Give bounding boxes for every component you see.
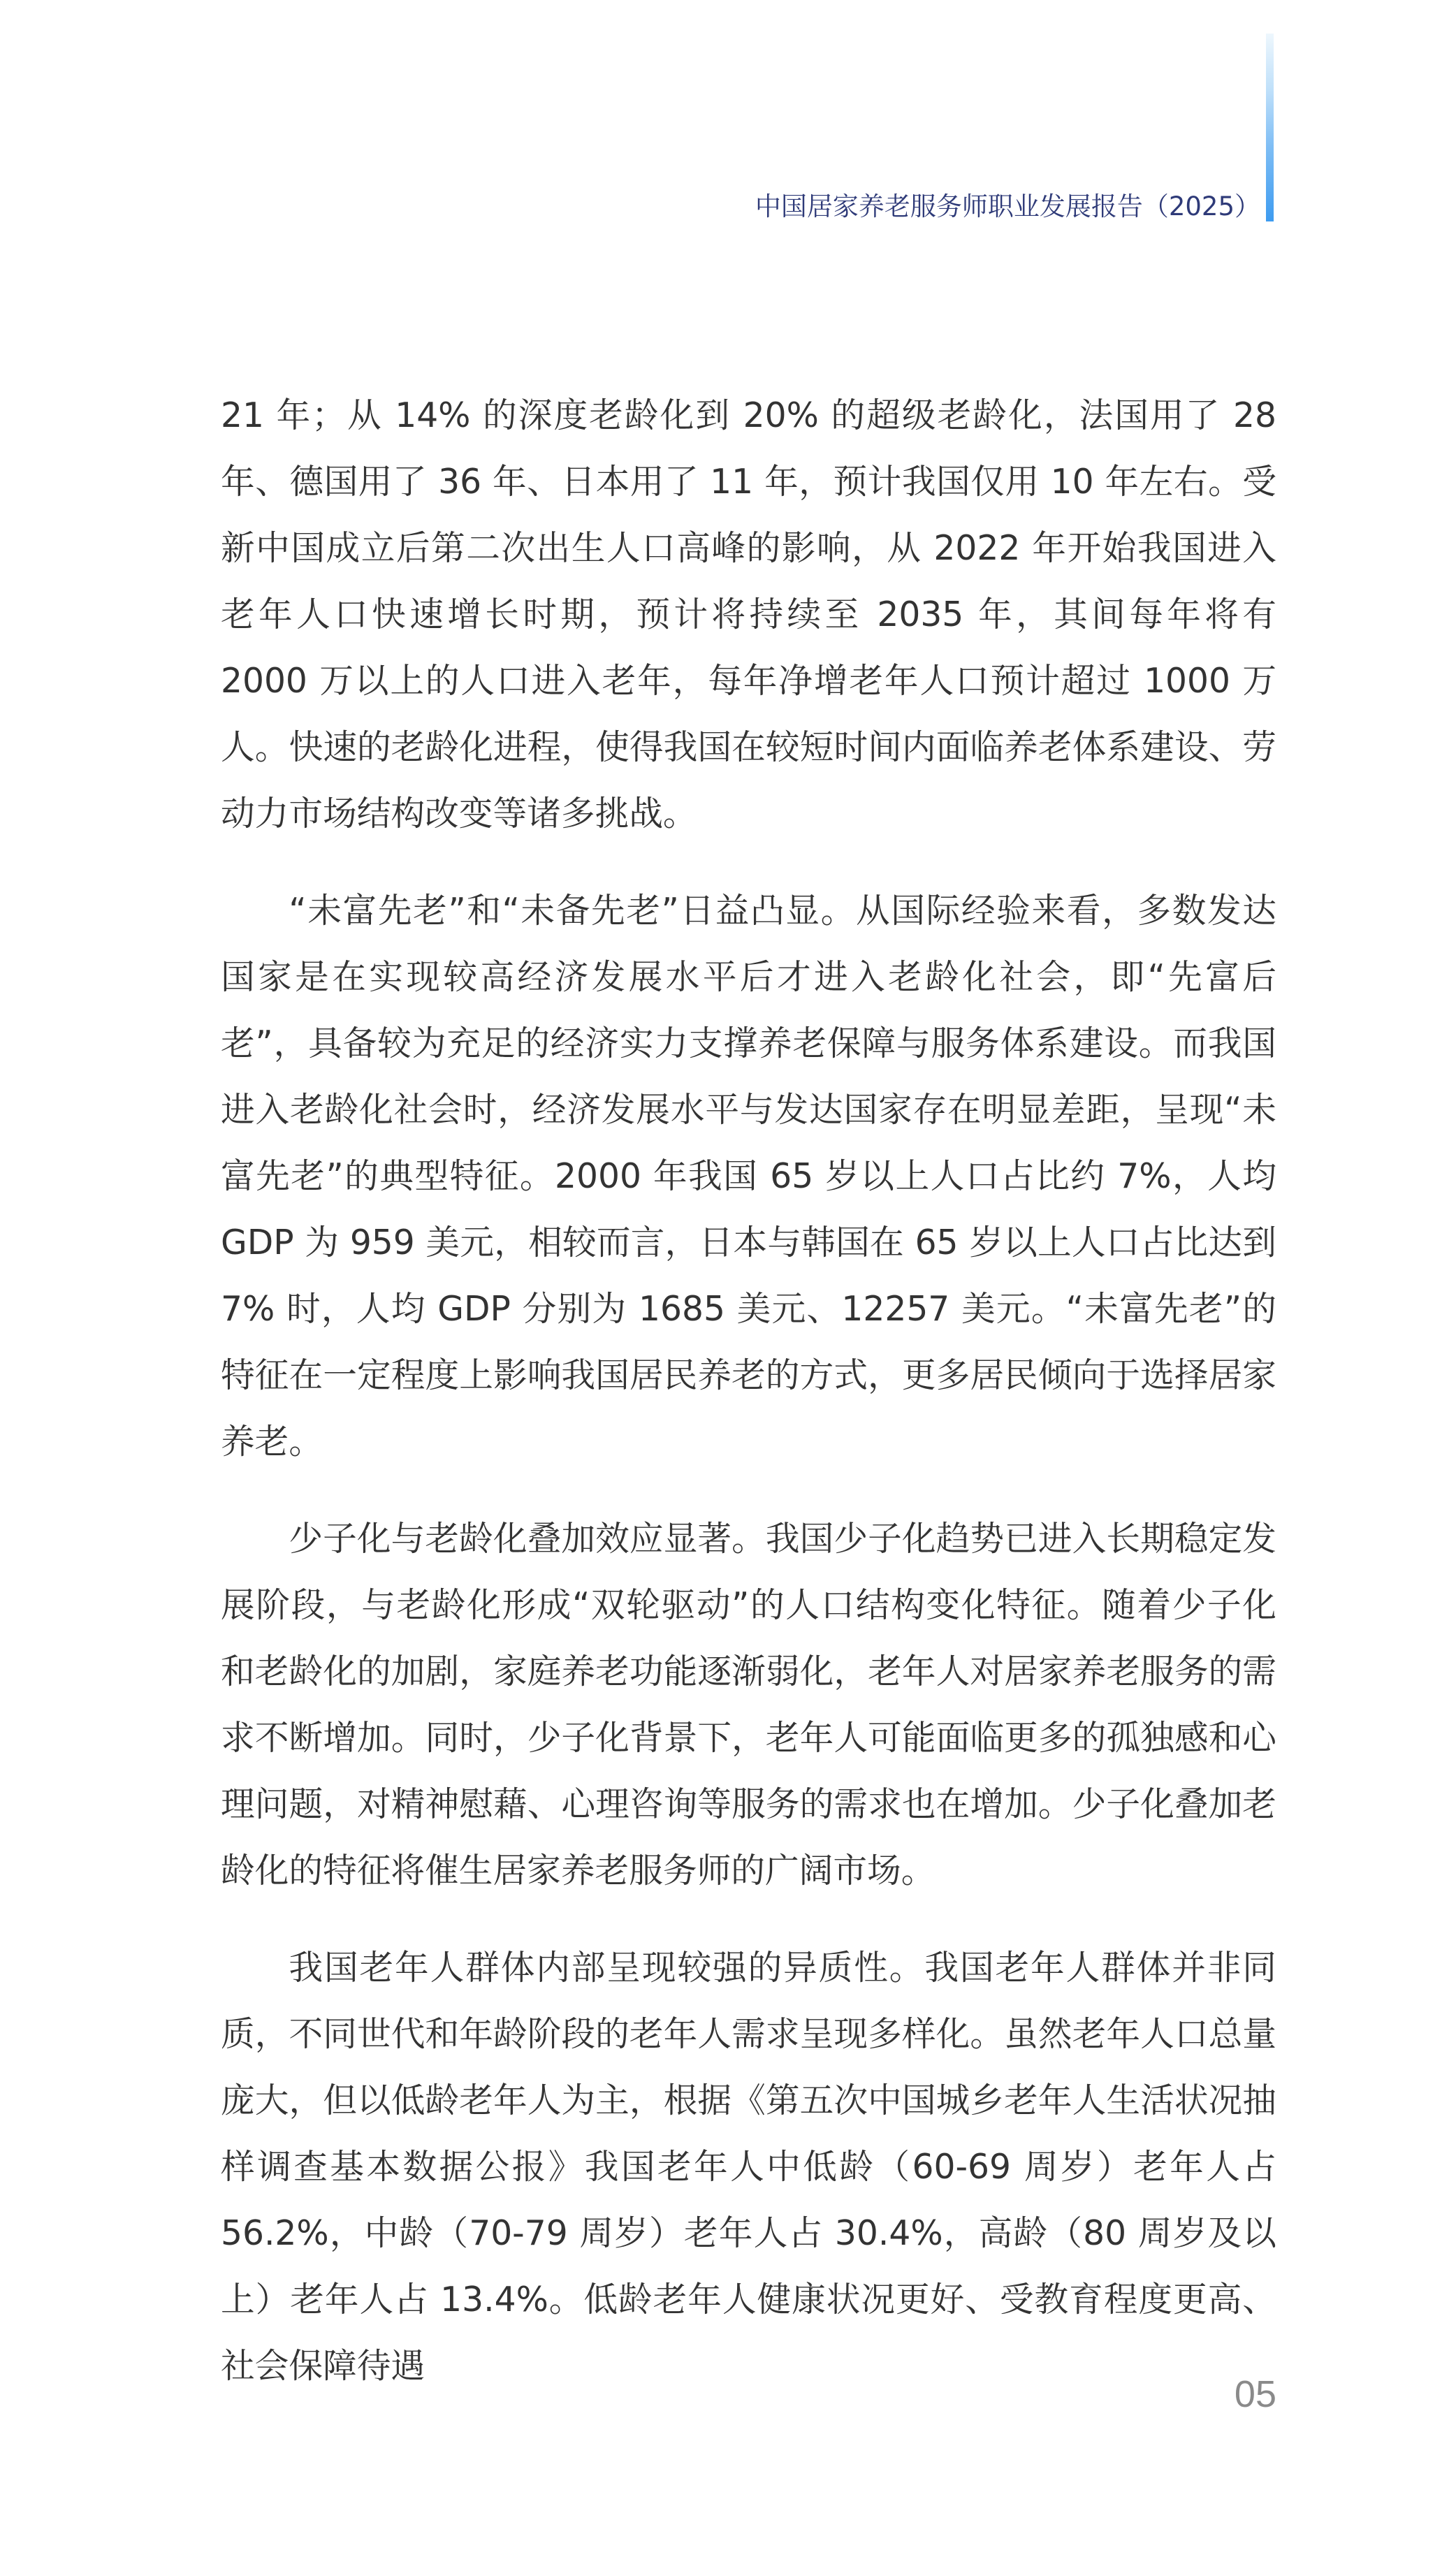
paragraph-2: “未富先老”和“未备先老”日益凸显。从国际经验来看，多数发达国家是在实现较高经济…: [221, 878, 1276, 1476]
paragraph-1: 21 年；从 14% 的深度老龄化到 20% 的超级老龄化，法国用了 28 年、…: [221, 383, 1276, 847]
paragraph-4: 我国老年人群体内部呈现较强的异质性。我国老年人群体并非同质，不同世代和年龄阶段的…: [221, 1935, 1276, 2400]
running-header-title: 中国居家养老服务师职业发展报告（2025）: [755, 190, 1260, 224]
page-number: 05: [1235, 2373, 1276, 2416]
document-page: 中国居家养老服务师职业发展报告（2025） 21 年；从 14% 的深度老龄化到…: [0, 0, 1456, 2550]
header-accent-bar: [1266, 34, 1274, 221]
body-text: 21 年；从 14% 的深度老龄化到 20% 的超级老龄化，法国用了 28 年、…: [221, 383, 1276, 2431]
paragraph-3: 少子化与老龄化叠加效应显著。我国少子化趋势已进入长期稳定发展阶段，与老龄化形成“…: [221, 1506, 1276, 1904]
